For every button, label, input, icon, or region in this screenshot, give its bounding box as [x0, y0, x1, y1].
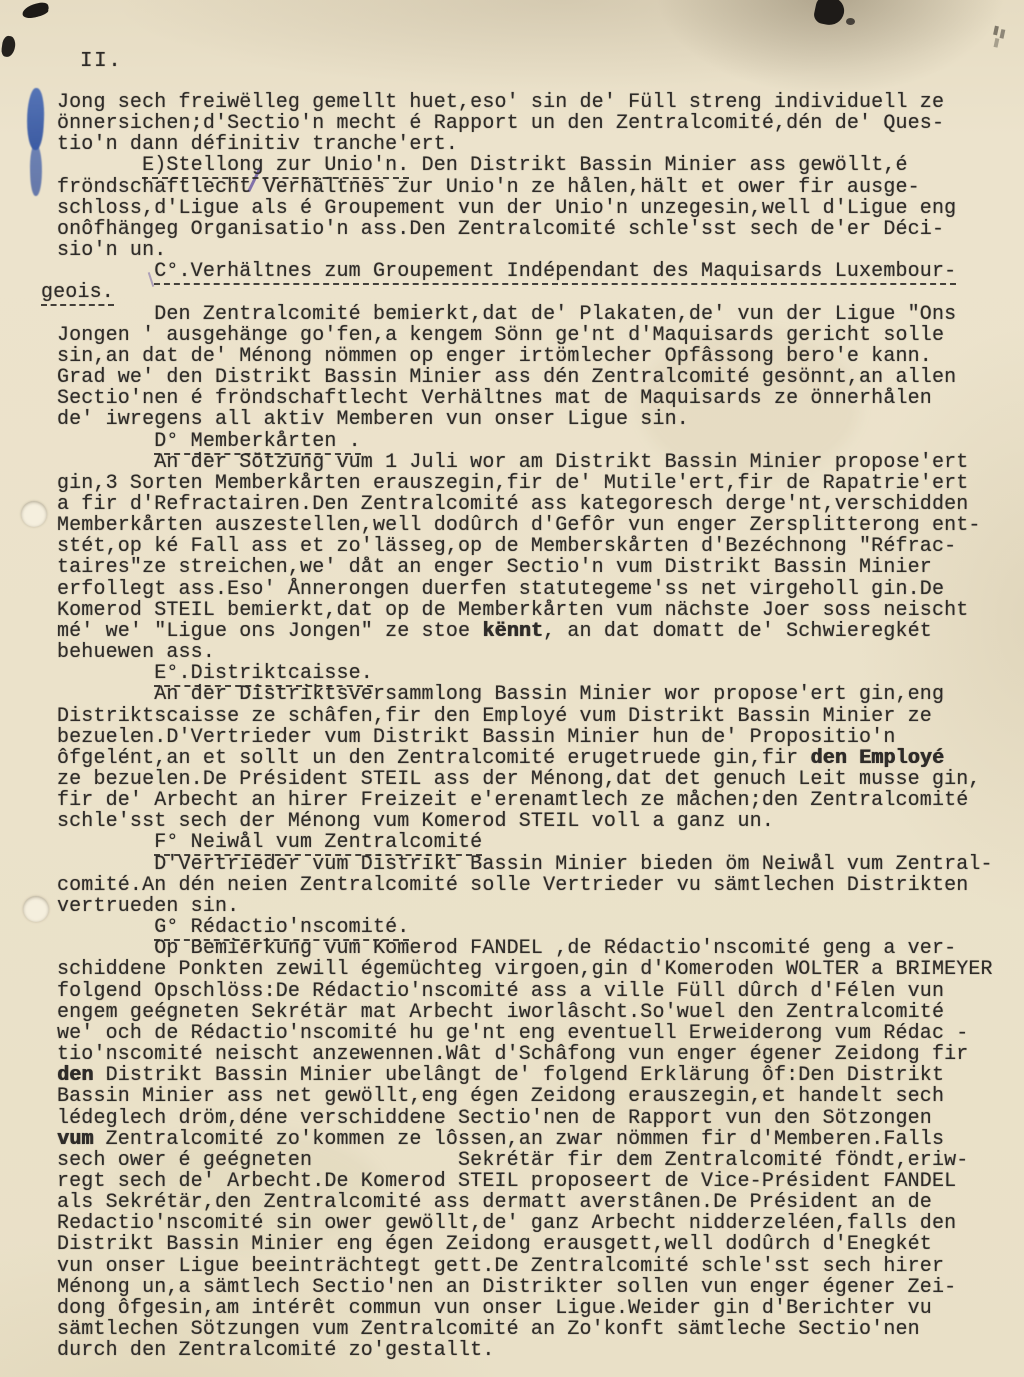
text-line: Distriktscaisse ze schâfen,fir den Emplo… — [57, 706, 1017, 727]
text-line: regt sech de' Arbecht.De Komerod STEIL p… — [57, 1171, 1017, 1192]
overstruck-text: den Employé — [810, 747, 944, 770]
text-line: Grad we' den Distrikt Bassin Minier ass … — [57, 367, 1017, 388]
text-line: An der Distriktsversammlong Bassin Minie… — [57, 684, 1017, 705]
text-line: schiddene Ponkten zewill égemüchteg virg… — [57, 959, 1017, 980]
body-text-segment: sio'n un. — [57, 239, 166, 262]
body-text-segment: Bassin Minier ass net gewöllt,eng égen Z… — [57, 1085, 944, 1108]
body-text-segment: schloss,d'Ligue als é Groupement vun der… — [57, 197, 956, 220]
body-text-segment: Jong sech freiwëlleg gemellt huet,eso' s… — [57, 91, 944, 114]
text-line: vum Zentralcomité zo'kommen ze lôssen,an… — [57, 1129, 1017, 1150]
body-text-segment: als Sekrétär,den Zentralcomité ass derma… — [57, 1191, 932, 1214]
text-line: durch den Zentralcomité zo'gestallt. — [57, 1340, 1017, 1361]
text-line: vertrueden sin. — [57, 896, 1017, 917]
body-text-segment: Grad we' den Distrikt Bassin Minier ass … — [57, 366, 956, 389]
overstruck-text: kënnt — [482, 620, 543, 643]
text-line: als Sekrétär,den Zentralcomité ass derma… — [57, 1192, 1017, 1213]
body-text-segment: sech ower é geégneten Sekrétär fir dem Z… — [57, 1149, 968, 1172]
text-line: geois. — [41, 282, 1017, 303]
text-line: Jongen ' ausgehänge go'fen,a kengem Sönn… — [57, 325, 1017, 346]
text-line: we' och de Rédactio'nscomité hu ge'nt en… — [57, 1023, 1017, 1044]
ink-blot-top-left — [21, 1, 50, 20]
body-text-segment: engem geégneten Sekrétär mat Arbecht iwo… — [57, 1001, 944, 1024]
text-line: dong ôfgesin,am intérêt commun vun onser… — [57, 1298, 1017, 1319]
text-line: tio'nscomité neischt anzewennen.Wât d'Sc… — [57, 1044, 1017, 1065]
text-line: a fir d'Refractairen.Den Zentralcomité a… — [57, 494, 1017, 515]
body-text-segment: a fir d'Refractairen.Den Zentralcomité a… — [57, 493, 968, 516]
body-text-segment: tio'n dann définitiv tranche'ert. — [57, 133, 458, 156]
text-line: Distrikt Bassin Minier eng égen Zeidong … — [57, 1234, 1017, 1255]
text-line: erfollegt ass.Eso' Ånnerongen duerfen st… — [57, 579, 1017, 600]
text-line: sech ower é geégneten Sekrétär fir dem Z… — [57, 1150, 1017, 1171]
ink-speck-top-right — [846, 18, 855, 25]
body-text-segment — [57, 430, 154, 453]
text-line: den Distrikt Bassin Minier ubelângt de' … — [57, 1065, 1017, 1086]
body-text-segment: Den Zentralcomité bemierkt,dat de' Plaka… — [57, 303, 956, 326]
body-text-segment: onôfhängeg Organisatio'n ass.Den Zentral… — [57, 218, 944, 241]
text-line: de' iwregens all aktiv Memberen vun onse… — [57, 409, 1017, 430]
text-line: gin,3 Sorten Memberkårten erauszegin,fir… — [57, 473, 1017, 494]
body-text-segment: Sectio'nen é fröndschaftlecht Verhältnes… — [57, 387, 932, 410]
body-text-segment: önnersichen;d'Sectio'n mecht é Rapport u… — [57, 112, 944, 135]
overstruck-text: vum — [57, 1128, 93, 1151]
body-text-segment: Den Distrikt Bassin Minier ass gewöllt,é — [409, 154, 907, 177]
text-line: engem geégneten Sekrétär mat Arbecht iwo… — [57, 1002, 1017, 1023]
body-text-segment: sin,an dat de' Ménong nömmen op enger ir… — [57, 345, 932, 368]
text-line: Komerod STEIL bemierkt,dat op de Memberk… — [57, 600, 1017, 621]
body-text-segment: stét,op ké Fall ass et zo'lässeg,op de M… — [57, 535, 956, 558]
specks-right-edge — [993, 26, 999, 36]
body-text-segment — [57, 260, 154, 283]
text-line: sio'n un. — [57, 240, 1017, 261]
text-line: taires"ze streichen,we' dåt an enger Sec… — [57, 557, 1017, 578]
text-line: schloss,d'Ligue als é Groupement vun der… — [57, 198, 1017, 219]
body-text-segment: erfollegt ass.Eso' Ånnerongen duerfen st… — [57, 578, 944, 601]
body-text-segment: Distrikt Bassin Minier eng égen Zeidong … — [57, 1233, 932, 1256]
text-line: mé' we' "Ligue ons Jongen" ze stoe kënnt… — [57, 621, 1017, 642]
body-text-segment: ôfgelént,an et sollt un den Zentralcomit… — [57, 747, 810, 770]
text-line: fir de' Arbecht an hirer Freizeit e'eren… — [57, 790, 1017, 811]
body-text-segment: de' iwregens all aktiv Memberen vun onse… — [57, 408, 689, 431]
blue-ink-stain-lower — [29, 144, 43, 196]
body-text-segment: ze bezuelen.De Président STEIL ass der M… — [57, 768, 981, 791]
text-line: C°.Verhältnes zum Groupement Indépendant… — [57, 261, 1017, 282]
body-text-segment — [57, 662, 154, 685]
body-text-segment: durch den Zentralcomité zo'gestallt. — [57, 1339, 494, 1362]
page-number: II. — [80, 50, 122, 73]
text-line: Sectio'nen é fröndschaftlecht Verhältnes… — [57, 388, 1017, 409]
body-text-segment: vun onser Ligue beeinträchtegt gett.De Z… — [57, 1255, 944, 1278]
text-line: An der Sötzung vum 1 Juli wor am Distrik… — [57, 452, 1017, 473]
text-line: fröndschaftlecht Verhältnes zur Unio'n z… — [57, 177, 1017, 198]
ink-blot-top-right — [812, 0, 846, 28]
body-text-segment — [57, 154, 142, 177]
text-line: Den Zentralcomité bemierkt,dat de' Plaka… — [57, 304, 1017, 325]
body-text-segment: Distrikt Bassin Minier ubelângt de' folg… — [93, 1064, 944, 1087]
body-text-segment: fir de' Arbecht an hirer Freizeit e'eren… — [57, 789, 968, 812]
overstruck-text: den — [57, 1064, 93, 1087]
text-line: E°.Distriktcaisse. — [57, 663, 1017, 684]
body-text-segment: mé' we' "Ligue ons Jongen" ze stoe — [57, 620, 482, 643]
text-line: onôfhängeg Organisatio'n ass.Den Zentral… — [57, 219, 1017, 240]
body-text-segment: lédeglech dröm,déne verschiddene Sectio'… — [57, 1107, 932, 1130]
text-line: Memberkårten auszestellen,well dodûrch d… — [57, 515, 1017, 536]
document-page: II. Jong sech freiwëlleg gemellt huet,es… — [0, 0, 1024, 1377]
body-text-segment: Jongen ' ausgehänge go'fen,a kengem Sönn… — [57, 324, 944, 347]
text-line: ôfgelént,an et sollt un den Zentralcomit… — [57, 748, 1017, 769]
text-line: Jong sech freiwëlleg gemellt huet,eso' s… — [57, 92, 1017, 113]
body-text-segment: tio'nscomité neischt anzewennen.Wât d'Sc… — [57, 1043, 968, 1066]
body-text-segment: Memberkårten auszestellen,well dodûrch d… — [57, 514, 981, 537]
body-text-segment: Distriktscaisse ze schâfen,fir den Emplo… — [57, 705, 932, 728]
body-text-segment: , an dat domatt de' Schwieregkét — [543, 620, 932, 643]
text-line: D'Vertrieder vum Distrikt Bassin Minier … — [57, 854, 1017, 875]
body-text-segment — [57, 916, 154, 939]
body-text-segment: fröndschaftlecht Verhältnes zur Unio'n z… — [57, 176, 920, 199]
body-text-segment: schiddene Ponkten zewill égemüchteg virg… — [57, 958, 993, 981]
punch-hole-upper — [21, 501, 47, 527]
body-text-segment — [57, 831, 154, 854]
text-line: sämtlechen Sötzungen vum Zentralcomité a… — [57, 1319, 1017, 1340]
ink-blot-left-edge — [1, 35, 17, 58]
text-line: folgend Opschlöss:De Rédactio'nscomité a… — [57, 981, 1017, 1002]
body-text-segment: Ménong un,a sämtlech Sectio'nen an Distr… — [57, 1276, 956, 1299]
text-line: sin,an dat de' Ménong nömmen op enger ir… — [57, 346, 1017, 367]
text-line: lédeglech dröm,déne verschiddene Sectio'… — [57, 1108, 1017, 1129]
body-text-segment: schle'sst sech der Ménong vum Komerod ST… — [57, 810, 774, 833]
text-line: comité.An dén neien Zentralcomité solle … — [57, 875, 1017, 896]
body-text-segment: An der Distriktsversammlong Bassin Minie… — [57, 683, 944, 706]
text-line: E)Stellong zur Unio'n. Den Distrikt Bass… — [57, 155, 1017, 176]
body-text-segment: vertrueden sin. — [57, 895, 239, 918]
body-text-segment: bezuelen.D'Vertrieder vum Distrikt Bassi… — [57, 726, 895, 749]
body-text-segment: gin,3 Sorten Memberkårten erauszegin,fir… — [57, 472, 968, 495]
text-line: Redactio'nscomité sin ower gewöllt,de' g… — [57, 1213, 1017, 1234]
body-text-segment: Op Bemierkung vum Komerod FANDEL ,de Réd… — [57, 937, 956, 960]
body-text-segment: folgend Opschlöss:De Rédactio'nscomité a… — [57, 980, 944, 1003]
blue-ink-stain-upper — [25, 88, 45, 151]
text-line: tio'n dann définitiv tranche'ert. — [57, 134, 1017, 155]
underlined-heading-text: C°.Verhältnes zum Groupement Indépendant… — [154, 260, 956, 285]
body-text-segment: dong ôfgesin,am intérêt commun vun onser… — [57, 1297, 932, 1320]
text-line: F° Neiwål vum Zentralcomité — [57, 832, 1017, 853]
body-text-segment: regt sech de' Arbecht.De Komerod STEIL p… — [57, 1170, 956, 1193]
body-text-segment: sämtlechen Sötzungen vum Zentralcomité a… — [57, 1318, 920, 1341]
text-line: Ménong un,a sämtlech Sectio'nen an Distr… — [57, 1277, 1017, 1298]
text-line: Bassin Minier ass net gewöllt,eng égen Z… — [57, 1086, 1017, 1107]
body-text-segment: we' och de Rédactio'nscomité hu ge'nt en… — [57, 1022, 968, 1045]
body-text-segment: behuewen ass. — [57, 641, 215, 664]
body-text-segment: Zentralcomité zo'kommen ze lôssen,an zwa… — [93, 1128, 944, 1151]
punch-hole-lower — [23, 896, 49, 922]
text-line: behuewen ass. — [57, 642, 1017, 663]
typewritten-text-body: Jong sech freiwëlleg gemellt huet,eso' s… — [57, 92, 1017, 1361]
text-line: ze bezuelen.De Président STEIL ass der M… — [57, 769, 1017, 790]
body-text-segment: Komerod STEIL bemierkt,dat op de Memberk… — [57, 599, 968, 622]
text-line: D° Memberkårten . — [57, 431, 1017, 452]
text-line: bezuelen.D'Vertrieder vum Distrikt Bassi… — [57, 727, 1017, 748]
body-text-segment: comité.An dén neien Zentralcomité solle … — [57, 874, 968, 897]
body-text-segment: Redactio'nscomité sin ower gewöllt,de' g… — [57, 1212, 956, 1235]
body-text-segment: taires"ze streichen,we' dåt an enger Sec… — [57, 556, 932, 579]
text-line: vun onser Ligue beeinträchtegt gett.De Z… — [57, 1256, 1017, 1277]
body-text-segment: D'Vertrieder vum Distrikt Bassin Minier … — [57, 853, 993, 876]
text-line: schle'sst sech der Ménong vum Komerod ST… — [57, 811, 1017, 832]
text-line: önnersichen;d'Sectio'n mecht é Rapport u… — [57, 113, 1017, 134]
body-text-segment: An der Sötzung vum 1 Juli wor am Distrik… — [57, 451, 968, 474]
text-line: G° Rédactio'nscomité. — [57, 917, 1017, 938]
text-line: stét,op ké Fall ass et zo'lässeg,op de M… — [57, 536, 1017, 557]
text-line: Op Bemierkung vum Komerod FANDEL ,de Réd… — [57, 938, 1017, 959]
